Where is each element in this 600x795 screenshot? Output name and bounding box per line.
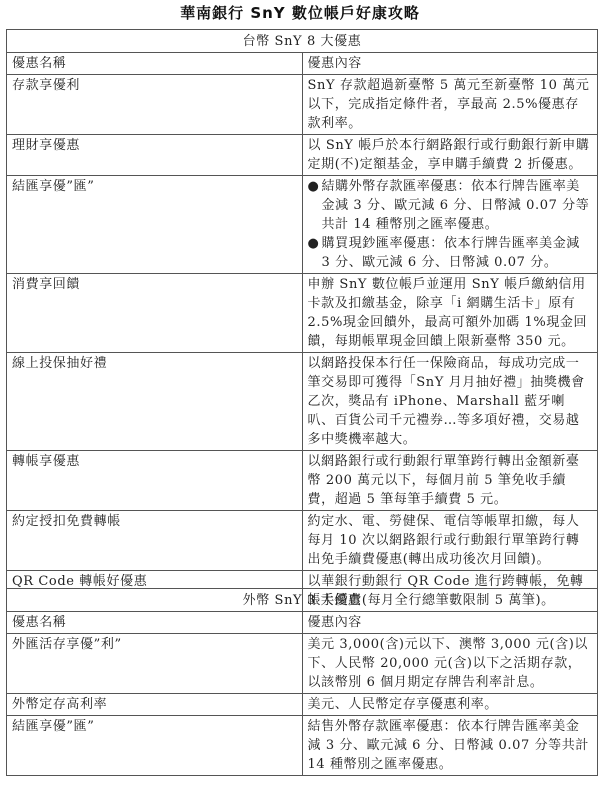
table-row: 理財享優惠 以 SnY 帳戶於本行網路銀行或行動銀行新申購定期(不)定額基金，享… <box>7 135 598 176</box>
promo-name: 理財享優惠 <box>7 135 303 176</box>
table-row: 結匯享優”匯” 結售外幣存款匯率優惠：依本行牌告匯率美金減 3 分、歐元減 6 … <box>7 716 598 776</box>
promo-content: SnY 存款超過新臺幣 5 萬元至新臺幣 10 萬元以下，完成指定條件者，享最高… <box>302 75 598 135</box>
header-row: 優惠名稱 優惠內容 <box>7 53 598 75</box>
promo-content: 以網路銀行或行動銀行單筆跨行轉出金額新臺幣 200 萬元以下，每個月前 5 筆免… <box>302 451 598 511</box>
promo-content: 約定水、電、勞健保、電信等帳單扣繳，每人每月 10 次以網路銀行或行動銀行單筆跨… <box>302 511 598 571</box>
column-header-content: 優惠內容 <box>302 53 598 75</box>
table-row: 外幣定存高利率 美元、人民幣定存享優惠利率。 <box>7 694 598 716</box>
promo-content: 美元、人民幣定存享優惠利率。 <box>302 694 598 716</box>
fx-promotions-table: 外幣 SnY 3 大優惠 優惠名稱 優惠內容 外匯活存享優”利” 美元 3,00… <box>6 588 598 776</box>
promo-name: 結匯享優”匯” <box>7 716 303 776</box>
column-header-name: 優惠名稱 <box>7 53 303 75</box>
bullet-text: 購買現鈔匯率優惠：依本行牌告匯率美金減 3 分、歐元減 6 分、日幣減 0.07… <box>322 236 580 270</box>
promo-name: 約定授扣免費轉帳 <box>7 511 303 571</box>
table-row: 存款享優利 SnY 存款超過新臺幣 5 萬元至新臺幣 10 萬元以下，完成指定條… <box>7 75 598 135</box>
section-title-row: 外幣 SnY 3 大優惠 <box>7 589 598 612</box>
promo-name: 存款享優利 <box>7 75 303 135</box>
document-title: 華南銀行 SnY 數位帳戶好康攻略 <box>0 2 600 23</box>
header-row: 優惠名稱 優惠內容 <box>7 612 598 634</box>
section-title: 台幣 SnY 8 大優惠 <box>7 30 598 53</box>
promo-content: 申辦 SnY 數位帳戶並運用 SnY 帳戶繳納信用卡款及扣繳基金，除享「i 網購… <box>302 274 598 353</box>
column-header-name: 優惠名稱 <box>7 612 303 634</box>
promo-content: 以網路投保本行任一保險商品，每成功完成一筆交易即可獲得「SnY 月月抽好禮」抽獎… <box>302 353 598 451</box>
bullet-icon: ● <box>308 177 322 196</box>
table-row: 約定授扣免費轉帳 約定水、電、勞健保、電信等帳單扣繳，每人每月 10 次以網路銀… <box>7 511 598 571</box>
promo-content: 美元 3,000(含)元以下、澳幣 3,000 元(含)以下、人民幣 20,00… <box>302 634 598 694</box>
promo-content: 以 SnY 帳戶於本行網路銀行或行動銀行新申購定期(不)定額基金，享申購手續費 … <box>302 135 598 176</box>
table-row: 轉帳享優惠 以網路銀行或行動銀行單筆跨行轉出金額新臺幣 200 萬元以下，每個月… <box>7 451 598 511</box>
section-title-row: 台幣 SnY 8 大優惠 <box>7 30 598 53</box>
section-title: 外幣 SnY 3 大優惠 <box>7 589 598 612</box>
promo-content: 結售外幣存款匯率優惠：依本行牌告匯率美金減 3 分、歐元減 6 分、日幣減 0.… <box>302 716 598 776</box>
twd-promotions-table: 台幣 SnY 8 大優惠 優惠名稱 優惠內容 存款享優利 SnY 存款超過新臺幣… <box>6 29 598 612</box>
promo-name: 結匯享優”匯” <box>7 176 303 274</box>
column-header-content: 優惠內容 <box>302 612 598 634</box>
promo-name: 轉帳享優惠 <box>7 451 303 511</box>
table-row: 線上投保抽好禮 以網路投保本行任一保險商品，每成功完成一筆交易即可獲得「SnY … <box>7 353 598 451</box>
bullet-item: ●結購外幣存款匯率優惠：依本行牌告匯率美金減 3 分、歐元減 6 分、日幣減 0… <box>308 177 592 234</box>
table-row: 外匯活存享優”利” 美元 3,000(含)元以下、澳幣 3,000 元(含)以下… <box>7 634 598 694</box>
promo-name: 外匯活存享優”利” <box>7 634 303 694</box>
bullet-text: 結購外幣存款匯率優惠：依本行牌告匯率美金減 3 分、歐元減 6 分、日幣減 0.… <box>322 179 590 232</box>
promo-name: 消費享回饋 <box>7 274 303 353</box>
bullet-icon: ● <box>308 234 322 253</box>
promo-content: ●結購外幣存款匯率優惠：依本行牌告匯率美金減 3 分、歐元減 6 分、日幣減 0… <box>302 176 598 274</box>
promo-name: 線上投保抽好禮 <box>7 353 303 451</box>
table-row: 消費享回饋 申辦 SnY 數位帳戶並運用 SnY 帳戶繳納信用卡款及扣繳基金，除… <box>7 274 598 353</box>
bullet-item: ●購買現鈔匯率優惠：依本行牌告匯率美金減 3 分、歐元減 6 分、日幣減 0.0… <box>308 234 592 272</box>
table-row: 結匯享優”匯” ●結購外幣存款匯率優惠：依本行牌告匯率美金減 3 分、歐元減 6… <box>7 176 598 274</box>
promo-name: 外幣定存高利率 <box>7 694 303 716</box>
